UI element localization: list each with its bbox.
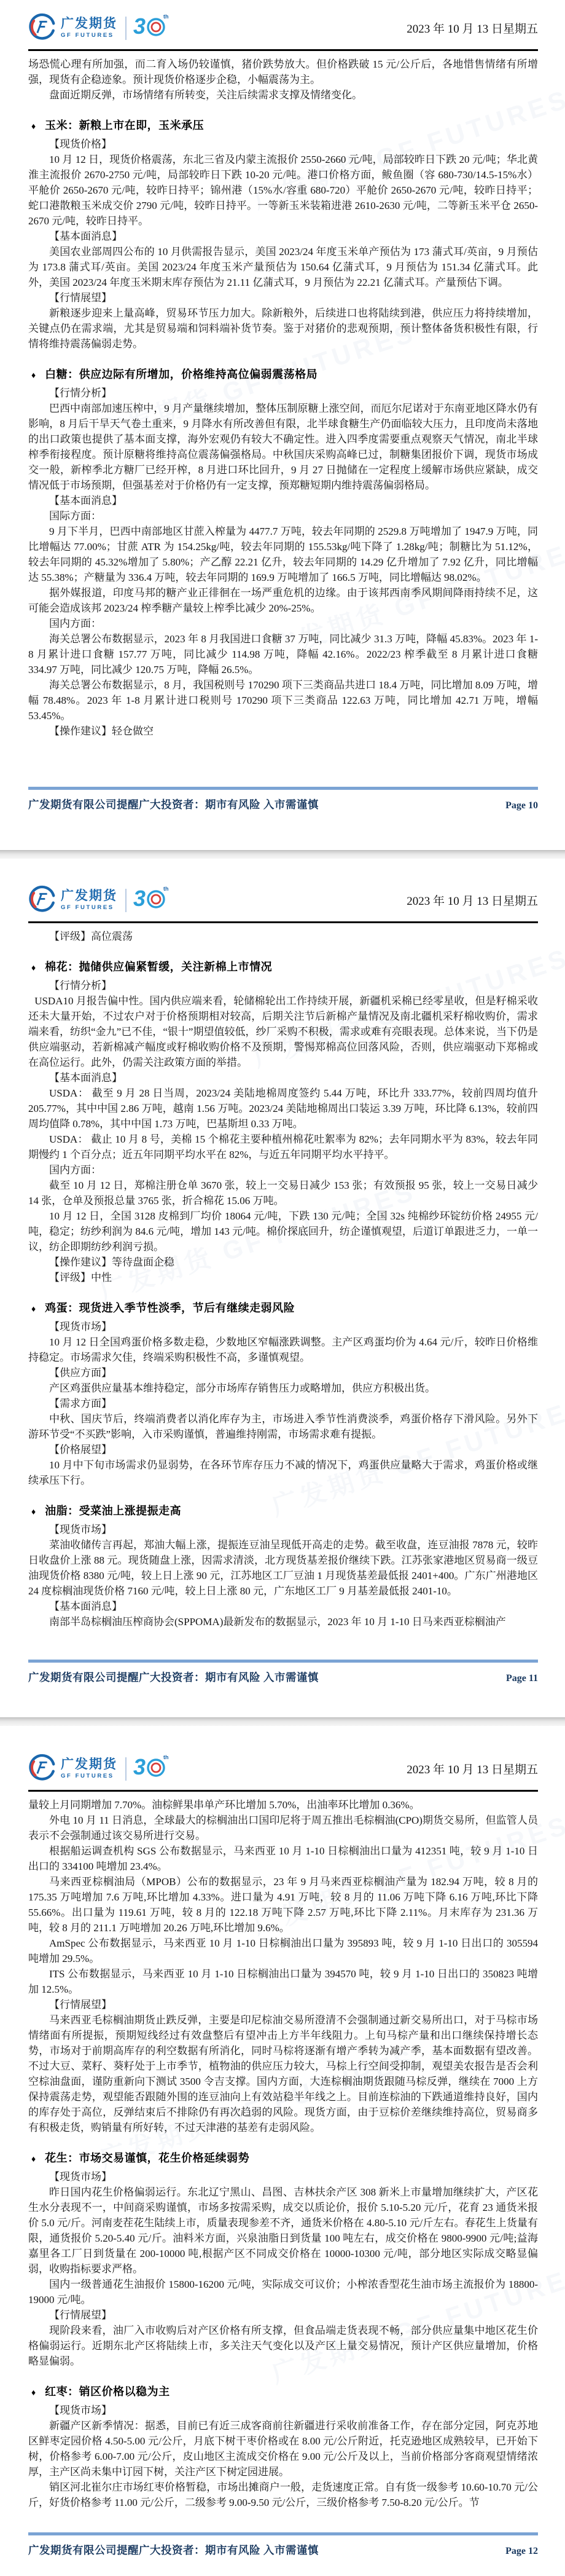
page-11-body: 【评级】高位震荡♦棉花：抛储供应偏紧暂缓，关注新棉上市情况【行情分析】USDA1… <box>28 929 538 1660</box>
anniversary-30th-icon: 3 th <box>133 12 169 44</box>
brand-name-cn: 广发期货 <box>61 889 117 902</box>
paragraph: 10 月 12 日，现货价格震荡，东北三省及内蒙主流报价 2550-2660 元… <box>28 152 538 229</box>
paragraph: 场恐慌心理有所加强，而二育入场仍较谨慎，猪价跌势放大。但价格跌破 15 元/公斤… <box>28 57 538 87</box>
field-label-line: 【评级】高位震荡 <box>28 929 538 944</box>
field-label-line: 【现货市场】 <box>28 2403 538 2418</box>
logo-divider <box>125 889 127 912</box>
paragraph: 国际方面： <box>28 508 538 524</box>
paragraph: 销区河北崔尔庄市场红枣价格暂稳，市场出摊商户一般，走货速度正常。自有货一级参考 … <box>28 2479 538 2510</box>
paragraph: 新疆产区新季情况：据悉，目前已有近三成客商前往新疆进行采收前准备工作，存在部分定… <box>28 2418 538 2479</box>
paragraph: 国内方面： <box>28 1162 538 1178</box>
paragraph: USDA10 月报告偏中性。国内供应端来看，轮储棉轮出工作持续开展，新疆机采棉已… <box>28 993 538 1070</box>
paragraph: 马来西亚毛棕榈油期货止跌反弹，主要是印尼棕油交易所澄清不会强制通过新交易所出口，… <box>28 2012 538 2135</box>
logo-divider <box>125 1757 127 1781</box>
diamond-bullet-icon: ♦ <box>31 1505 36 1520</box>
gf-logo-mark-icon <box>28 1753 56 1784</box>
paragraph: 昨日国内花生价格偏弱运行。东北辽宁黑山、昌图、吉林扶余产区 308 新米上市量增… <box>28 2184 538 2277</box>
field-label-line: 【行情分析】 <box>28 385 538 401</box>
section-title-text: 油脂：受菜油上涨提振走高 <box>45 1503 181 1519</box>
gf-futures-logo: 广发期货 GF FUTURES 3 th <box>28 884 169 916</box>
section-title-text: 红枣：销区价格以稳为主 <box>45 2384 170 2400</box>
paragraph: 10 月 12 日全国鸡蛋价格多数走稳，少数地区窄幅涨跌调整。主产区鸡蛋均价为 … <box>28 1334 538 1365</box>
paragraph: 中秋、国庆节后，终端消费者以消化库存为主，市场进入季节性消费淡季，鸡蛋价格存下滑… <box>28 1411 538 1442</box>
anniversary-30th-icon: 3 th <box>133 884 169 916</box>
brand-name-en: GF FUTURES <box>61 33 117 39</box>
paragraph: 9 月下半月，巴西中南部地区甘蔗入榨量为 4477.7 万吨，较去年同期的 25… <box>28 524 538 585</box>
report-page-11: 广发期货 GF FUTURES 广发期货 GF FUTURES 广发期货 GF … <box>0 859 565 1717</box>
page-separator <box>0 1717 565 1726</box>
footer-rule <box>28 2532 538 2535</box>
paragraph: 盘面近期反弹，市场情绪有所转变，关注后续需求支撑及情绪变化。 <box>28 87 538 103</box>
section-title-text: 棉花：抛储供应偏紧暂缓，关注新棉上市情况 <box>45 959 272 975</box>
paragraph: 美国农业部周四公布的 10 月供需报告显示，美国 2023/24 年度玉米单产预… <box>28 244 538 290</box>
page-header: 广发期货 GF FUTURES 3 th 2023 年 10 月 13 日星期五 <box>0 859 565 923</box>
paragraph: 南部半岛棕榈油压榨商协会(SPPOMA)最新发布的数据显示，2023 年 10 … <box>28 1614 538 1629</box>
header-rule <box>28 49 538 51</box>
diamond-bullet-icon: ♦ <box>31 119 36 135</box>
diamond-bullet-icon: ♦ <box>31 961 36 976</box>
report-date: 2023 年 10 月 13 日星期五 <box>407 20 538 36</box>
brand-name-cn: 广发期货 <box>61 17 117 30</box>
paragraph: USDA： 截止 10 月 8 号，美棉 15 个棉花主要种植州棉花吐絮率为 8… <box>28 1132 538 1162</box>
field-label-line: 【需求方面】 <box>28 1396 538 1411</box>
section-title: ♦红枣：销区价格以稳为主 <box>28 2384 538 2401</box>
paragraph: 国内方面： <box>28 616 538 631</box>
paragraph: USDA： 截至 9 月 28 日当周，2023/24 美陆地棉周度签约 5.4… <box>28 1085 538 1132</box>
paragraph: ITS 公布数据显示，马来西亚 10 月 1-10 日棕榈油出口量为 39457… <box>28 1966 538 1997</box>
field-label-line: 【价格展望】 <box>28 1442 538 1457</box>
brand-name-en: GF FUTURES <box>61 1773 117 1779</box>
page-footer: 广发期货有限公司提醒广大投资者：期市有风险 入市需谨慎 Page 12 <box>28 2532 538 2576</box>
field-label-line: 【现货市场】 <box>28 1522 538 1537</box>
paragraph: 截至 10 月 12 日，郑棉注册仓单 3670 张，较上一交易日减少 153 … <box>28 1178 538 1208</box>
paragraph: 国内一级普通花生油报价 15800-16200 元/吨，实际成交可议价；小榨浓香… <box>28 2277 538 2307</box>
section-title-text: 花生：市场交易谨慎，花生价格延续弱势 <box>45 2151 249 2166</box>
page-number: Page 10 <box>505 800 538 811</box>
brand-name-en: GF FUTURES <box>61 905 117 911</box>
section-title: ♦白糖：供应边际有所增加，价格维持高位偏弱震荡格局 <box>28 367 538 384</box>
svg-text:th: th <box>163 14 169 20</box>
risk-disclaimer: 广发期货有限公司提醒广大投资者：期市有风险 入市需谨慎 <box>28 1669 319 1685</box>
field-label-line: 【行情展望】 <box>28 1997 538 2012</box>
diamond-bullet-icon: ♦ <box>31 2152 36 2167</box>
diamond-bullet-icon: ♦ <box>31 368 36 384</box>
report-document: 广发期货 GF FUTURES 广发期货 GF FUTURES 广发期货 GF … <box>0 0 565 2576</box>
paragraph: 产区鸡蛋供应量基本维持稳定，部分市场库存销售压力或略增加，供应方积极出货。 <box>28 1381 538 1396</box>
logo-divider <box>125 17 127 40</box>
paragraph: 巴西中南部加速压榨中，9 月产量继续增加，整体压制原糖上涨空间，而厄尔尼诺对于东… <box>28 401 538 493</box>
field-label-line: 【基本面消息】 <box>28 229 538 244</box>
svg-text:3: 3 <box>133 14 146 39</box>
diamond-bullet-icon: ♦ <box>31 1302 36 1317</box>
field-label-line: 【基本面消息】 <box>28 493 538 508</box>
page-number: Page 12 <box>505 2546 538 2557</box>
gf-logo-mark-icon <box>28 884 56 916</box>
section-title: ♦玉米：新粮上市在即，玉米承压 <box>28 118 538 135</box>
paragraph: 外电 10 月 11 日消息，全球最大的棕榈油出口国印尼将于周五推出毛棕榈油(C… <box>28 1813 538 1843</box>
svg-text:th: th <box>163 886 169 892</box>
diamond-bullet-icon: ♦ <box>31 2385 36 2401</box>
field-label-line: 【现货市场】 <box>28 1319 538 1334</box>
paragraph: 根据船运调查机构 SGS 公布数据显示，马来西亚 10 月 1-10 日棕榈油出… <box>28 1843 538 1874</box>
field-label-line: 【操作建议】轻仓做空 <box>28 723 538 739</box>
page-header: 广发期货 GF FUTURES 3 th 2023 年 10 月 13 日星期五 <box>0 1726 565 1792</box>
paragraph: 海关总署公布数据显示，2023 年 8 月我国进口食糖 37 万吨，同比减少 3… <box>28 631 538 677</box>
svg-text:3: 3 <box>133 886 146 911</box>
field-label-line: 【行情分析】 <box>28 978 538 993</box>
section-title: ♦花生：市场交易谨慎，花生价格延续弱势 <box>28 2151 538 2167</box>
report-date: 2023 年 10 月 13 日星期五 <box>407 1760 538 1777</box>
field-label-line: 【现货市场】 <box>28 2169 538 2184</box>
section-title-text: 玉米：新粮上市在即，玉米承压 <box>45 118 204 133</box>
field-label-line: 【操作建议】等待盘面企稳 <box>28 1255 538 1270</box>
paragraph: 海关总署公布数据显示，8 月，我国税则号 170290 项下三类商品共进口 18… <box>28 677 538 723</box>
risk-disclaimer: 广发期货有限公司提醒广大投资者：期市有风险 入市需谨慎 <box>28 2542 319 2558</box>
gf-logo-mark-icon <box>28 12 56 44</box>
paragraph: 新粮逐步迎来上量高峰，贸易环节压力加大。除新粮外，后续进口也将陆续到港，供应压力… <box>28 305 538 352</box>
svg-text:3: 3 <box>133 1754 146 1779</box>
page-header: 广发期货 GF FUTURES 3 th 2023 年 10 月 13 日星期五 <box>0 0 565 51</box>
paragraph: 菜油收储传言再起，郑油大幅上涨，提振连豆油呈现低开高走的走势。截至收盘，连豆油报… <box>28 1537 538 1599</box>
paragraph: 马来西亚棕榈油局（MPOB）公布的数据显示，23 年 9 月马来西亚棕榈油产量为… <box>28 1874 538 1936</box>
footer-rule <box>28 1660 538 1663</box>
report-date: 2023 年 10 月 13 日星期五 <box>407 892 538 908</box>
paragraph: 10 月中下旬市场需求仍显弱势，在各环节库存压力不减的情况下，鸡蛋供应量略大于需… <box>28 1457 538 1488</box>
svg-text:th: th <box>163 1754 169 1760</box>
report-page-10: 广发期货 GF FUTURES 广发期货 GF FUTURES 广发期货 GF … <box>0 0 565 850</box>
risk-disclaimer: 广发期货有限公司提醒广大投资者：期市有风险 入市需谨慎 <box>28 797 319 812</box>
field-label-line: 【行情展望】 <box>28 2307 538 2323</box>
report-page-12: 广发期货 GF FUTURES 广发期货 GF FUTURES 广发期货 GF … <box>0 1726 565 2576</box>
header-rule <box>28 1790 538 1792</box>
paragraph: AmSpec 公布数据显示，马来西亚 10 月 1-10 日棕榈油出口量为 39… <box>28 1936 538 1966</box>
footer-rule <box>28 787 538 790</box>
section-title: ♦棉花：抛储供应偏紧暂缓，关注新棉上市情况 <box>28 959 538 976</box>
field-label-line: 【评级】中性 <box>28 1270 538 1285</box>
field-label-line: 【基本面消息】 <box>28 1070 538 1085</box>
field-label-line: 【现货价格】 <box>28 136 538 152</box>
gf-futures-logo: 广发期货 GF FUTURES 3 th <box>28 12 169 44</box>
paragraph: 10 月 12 日，全国 3128 皮棉到厂均价 18064 元/吨，下跌 13… <box>28 1208 538 1255</box>
paragraph: 量较上月同期增加 7.70%。油棕鲜果串单产环比增加 5.70%，出油率环比增加… <box>28 1797 538 1813</box>
page-10-body: 场恐慌心理有所加强，而二育入场仍较谨慎，猪价跌势放大。但价格跌破 15 元/公斤… <box>28 57 538 787</box>
anniversary-30th-icon: 3 th <box>133 1753 169 1784</box>
page-number: Page 11 <box>506 1673 538 1684</box>
paragraph: 据外媒报道，印度马邦的糖产业正徘徊在一场严重危机的边缘。由于该邦西南季风期间降雨… <box>28 585 538 616</box>
header-rule <box>28 921 538 923</box>
brand-name-cn: 广发期货 <box>61 1758 117 1771</box>
page-footer: 广发期货有限公司提醒广大投资者：期市有风险 入市需谨慎 Page 10 <box>28 787 538 850</box>
paragraph: 现阶段来看，油厂入市收购后对产区价格有所支撑，但食品端走货表现不畅，部分供应量集… <box>28 2323 538 2369</box>
field-label-line: 【供应方面】 <box>28 1365 538 1381</box>
section-title-text: 白糖：供应边际有所增加，价格维持高位偏弱震荡格局 <box>45 367 318 382</box>
field-label-line: 【行情展望】 <box>28 290 538 305</box>
field-label-line: 【基本面消息】 <box>28 1599 538 1614</box>
section-title: ♦油脂：受菜油上涨提振走高 <box>28 1503 538 1520</box>
section-title: ♦鸡蛋：现货进入季节性淡季，节后有继续走弱风险 <box>28 1301 538 1317</box>
page-separator <box>0 850 565 859</box>
page-12-body: 量较上月同期增加 7.70%。油棕鲜果串单产环比增加 5.70%，出油率环比增加… <box>28 1797 538 2532</box>
gf-futures-logo: 广发期货 GF FUTURES 3 th <box>28 1753 169 1784</box>
section-title-text: 鸡蛋：现货进入季节性淡季，节后有继续走弱风险 <box>45 1301 295 1316</box>
page-footer: 广发期货有限公司提醒广大投资者：期市有风险 入市需谨慎 Page 11 <box>28 1660 538 1717</box>
